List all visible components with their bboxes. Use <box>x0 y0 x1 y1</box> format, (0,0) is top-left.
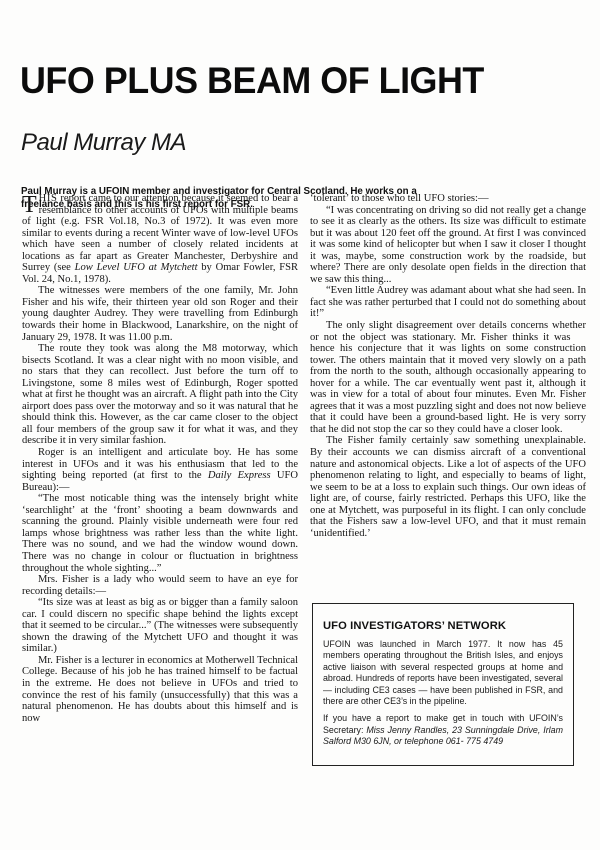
left-column: THIS report came to our attention becaus… <box>22 193 298 724</box>
article-author: Paul Murray MA <box>21 131 186 155</box>
paragraph-text: report came to our attention because it … <box>22 193 298 273</box>
right-column: ‘tolerant’ to those who tell UFO stories… <box>310 193 586 539</box>
paragraph-tolerant: ‘tolerant’ to those who tell UFO stories… <box>310 193 586 205</box>
cited-article-title: Low Level UFO at Mytchett <box>75 262 198 273</box>
drop-cap: T <box>22 195 37 215</box>
quote-audrey: “Even little Audrey was adamant about wh… <box>310 285 586 320</box>
quote-mrs-fisher: “Its size was at least as big as or bigg… <box>22 597 298 655</box>
paragraph-opening: THIS report came to our attention becaus… <box>22 193 298 285</box>
paragraph-roger: Roger is an intelligent and articulate b… <box>22 447 298 493</box>
paragraph-conclusion: The Fisher family certainly saw somethin… <box>310 435 586 539</box>
quote-roger: “The most noticable thing was the intens… <box>22 493 298 574</box>
paragraph-mrs-fisher: Mrs. Fisher is a lady who would seem to … <box>22 574 298 597</box>
sidebar-contact: If you have a report to make get in touc… <box>323 713 563 747</box>
paragraph-witnesses: The witnesses were members of the one fa… <box>22 285 298 343</box>
article-title: UFO PLUS BEAM OF LIGHT <box>20 62 484 99</box>
paragraph-disagreement: The only slight disagreement over detail… <box>310 320 586 435</box>
paragraph-mr-fisher: Mr. Fisher is a lecturer in economics at… <box>22 655 298 724</box>
publication-name: Daily Express <box>208 470 271 481</box>
opening-smallcaps: HIS <box>39 193 58 204</box>
quote-mr-fisher: “I was concentrating on driving so did n… <box>310 205 586 286</box>
ufoin-sidebar-box: UFO INVESTIGATORS’ NETWORK UFOIN was lau… <box>312 603 574 766</box>
sidebar-paragraph: UFOIN was launched in March 1977. It now… <box>323 639 563 707</box>
sidebar-title: UFO INVESTIGATORS’ NETWORK <box>323 620 563 632</box>
paragraph-route: The route they took was along the M8 mot… <box>22 343 298 447</box>
